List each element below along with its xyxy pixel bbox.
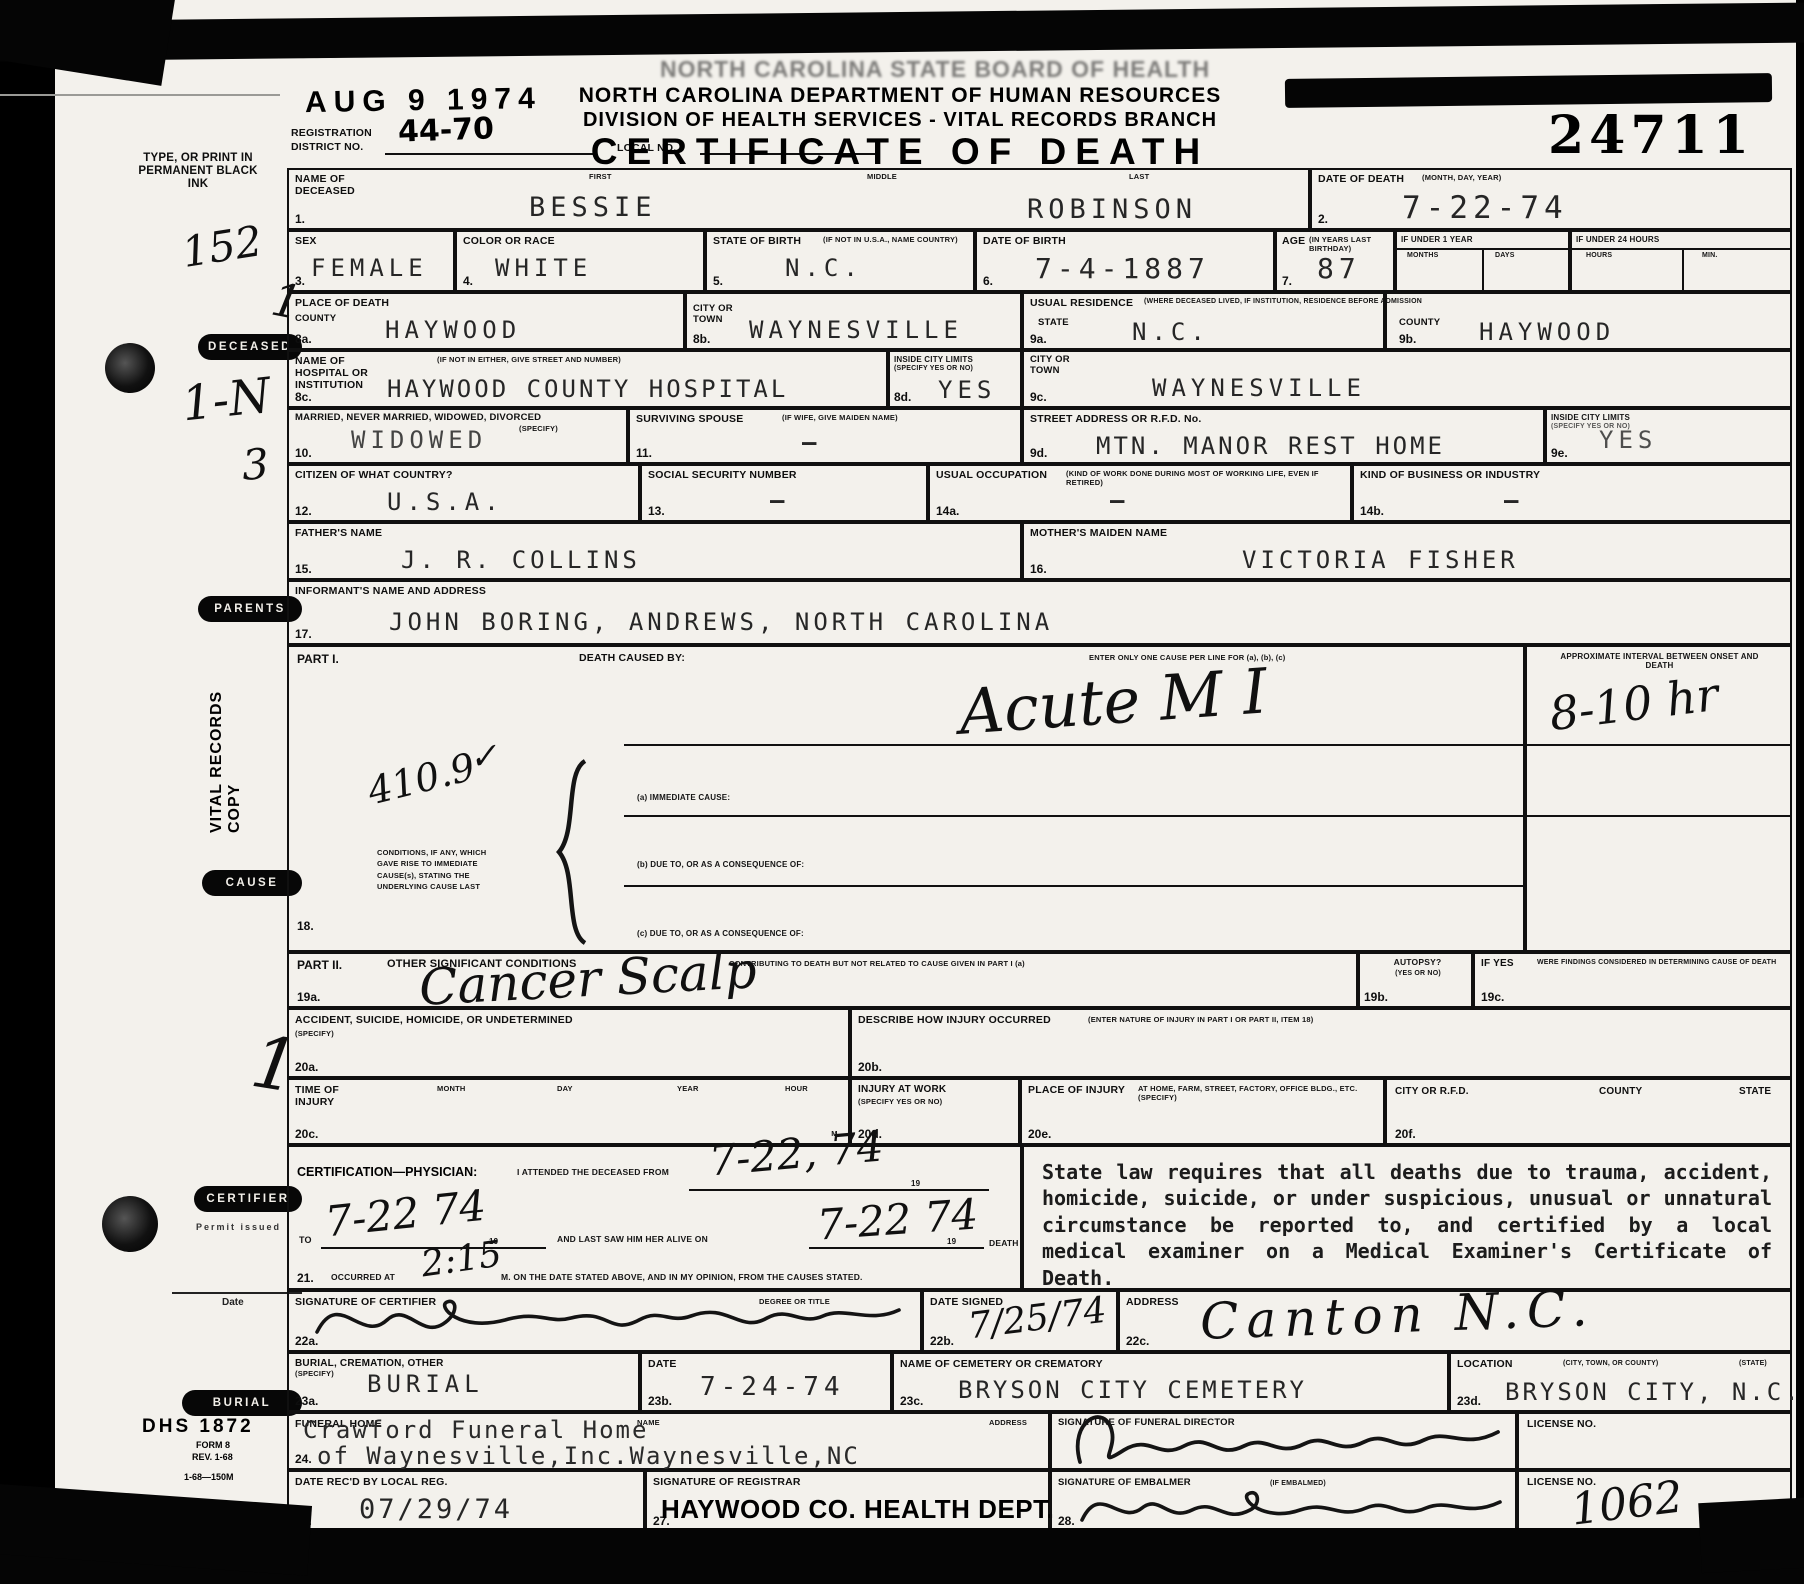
section-cause-part1: PART I. DEATH CAUSED BY: ENTER ONLY ONE … [287, 645, 1525, 952]
date-of-birth-value: 7-4-1887 [1035, 252, 1210, 285]
burial-date-value: 7-24-74 [700, 1372, 845, 1402]
father-value: J. R. COLLINS [401, 546, 641, 574]
field-street-address: STREET ADDRESS OR R.F.D. No. 9d. MTN. MA… [1022, 408, 1545, 464]
scan-crease-line [0, 94, 280, 96]
field-sublabel: AT HOME, FARM, STREET, FACTORY, OFFICE B… [1138, 1085, 1378, 1102]
conditions-note: CONDITIONS, IF ANY, WHICH GAVE RISE TO I… [377, 847, 502, 892]
field-number: 20f. [1395, 1127, 1416, 1141]
field-number: 8c. [295, 390, 312, 404]
field-number: 16. [1030, 562, 1047, 576]
field-number: 23b. [648, 1394, 672, 1408]
state-sublabel: (STATE) [1739, 1360, 1767, 1368]
divider [1682, 248, 1684, 290]
date-received-value: 07/29/74 [359, 1494, 513, 1525]
interval-value: 8-10 hr [1546, 667, 1721, 741]
embalmer-signature [1076, 1472, 1506, 1534]
part2-value: Cancer Scalp [418, 941, 758, 1017]
field-sublabel: (SPECIFY YES OR NO) [858, 1098, 942, 1107]
part2-label: PART II. [297, 958, 342, 972]
field-if-under-1-year: IF UNDER 1 YEAR MONTHS DAYS [1395, 230, 1570, 292]
attended-from-label: I ATTENDED THE DECEASED FROM [517, 1168, 669, 1178]
day-label: DAY [557, 1085, 573, 1094]
residence-city-value: WAYNESVILLE [1152, 374, 1366, 402]
interval-line [1527, 815, 1790, 817]
field-race: COLOR OR RACE 4. WHITE [455, 230, 705, 292]
field-label: MARRIED, NEVER MARRIED, WIDOWED, DIVORCE… [295, 413, 545, 424]
field-number: 22b. [930, 1334, 954, 1348]
field-number: 14b. [1360, 504, 1384, 518]
district-no-label: DISTRICT NO. [291, 141, 363, 153]
last-name-value: ROBINSON [1027, 194, 1197, 225]
funeral-director-signature [1066, 1398, 1506, 1476]
sex-value: FEMALE [311, 254, 428, 282]
field-mother-name: MOTHER'S MAIDEN NAME 16. VICTORIA FISHER [1022, 522, 1792, 580]
residence-state-value: N.C. [1132, 318, 1210, 346]
field-number: 20e. [1028, 1127, 1051, 1141]
field-number: 3. [295, 274, 305, 288]
divider [1482, 248, 1484, 290]
field-funeral-home: FUNERAL HOME NAME ADDRESS 24. Crawford F… [287, 1412, 1050, 1470]
first-label: FIRST [589, 173, 612, 182]
tab-burial: BURIAL [182, 1390, 302, 1416]
field-sublabel: (SPECIFY) [295, 1030, 334, 1039]
state-law-text: State law requires that all deaths due t… [1042, 1159, 1772, 1291]
county-label: COUNTY [295, 314, 336, 325]
field-father-name: FATHER'S NAME 15. J. R. COLLINS [287, 522, 1022, 580]
field-number: 7. [1282, 274, 1292, 288]
field-number: 20c. [295, 1127, 318, 1141]
min-label: MIN. [1702, 252, 1718, 260]
field-how-injury-occurred: DESCRIBE HOW INJURY OCCURRED (ENTER NATU… [850, 1008, 1792, 1078]
field-number: 1. [295, 212, 305, 226]
field-label: USUAL OCCUPATION [936, 469, 1047, 481]
tab-certifier: CERTIFIER [194, 1186, 302, 1212]
field-place-of-injury: PLACE OF INJURY AT HOME, FARM, STREET, F… [1020, 1078, 1385, 1145]
field-date-received: DATE REC'D BY LOCAL REG. 26. 07/29/74 [287, 1470, 645, 1532]
field-number: 22c. [1126, 1334, 1149, 1348]
field-number: 9a. [1030, 332, 1047, 346]
field-accident-type: ACCIDENT, SUICIDE, HOMICIDE, OR UNDETERM… [287, 1008, 850, 1078]
field-label: DATE OF BIRTH [983, 235, 1066, 247]
address-value: Canton N.C. [1199, 1279, 1596, 1351]
field-sublabel: (IF NOT IN U.S.A., NAME COUNTRY) [823, 236, 973, 245]
field-age: AGE (IN YEARS LAST BIRTHDAY) 7. 87 [1275, 230, 1395, 292]
field-number: 24. [295, 1452, 312, 1466]
cause-margin-check: ✓ [466, 735, 500, 779]
field-sublabel: (SPECIFY) [519, 425, 558, 434]
field-sublabel: (YES OR NO) [1378, 970, 1458, 978]
field-number: 9e. [1551, 446, 1568, 460]
behind-page-title: NORTH CAROLINA STATE BOARD OF HEALTH [660, 56, 1210, 83]
location-value: BRYSON CITY, N.C. [1505, 1378, 1802, 1406]
field-sublabel: (CITY, TOWN, OR COUNTY) [1563, 1360, 1658, 1368]
vital-records-copy-label: VITAL RECORDS COPY [208, 648, 244, 833]
field-label: LICENSE NO. [1527, 1418, 1596, 1430]
field-label: IF YES [1481, 958, 1514, 970]
field-label: CITY OR TOWN [1030, 355, 1072, 377]
informant-value: JOHN BORING, ANDREWS, NORTH CAROLINA [389, 608, 1053, 636]
scan-redaction-bar [1285, 73, 1772, 108]
field-number: 13. [648, 504, 665, 518]
scan-corner-shadow [0, 0, 176, 86]
field-label: IF UNDER 1 YEAR [1401, 235, 1473, 244]
scan-bottom-right-shadow [1698, 1497, 1804, 1573]
field-label: LOCATION [1457, 1358, 1513, 1370]
field-label: COLOR OR RACE [463, 235, 555, 247]
city-value: WAYNESVILLE [749, 316, 963, 344]
due-to-b-label: (b) DUE TO, OR AS A CONSEQUENCE OF: [637, 860, 804, 869]
city-rfd-label: CITY OR R.F.D. [1395, 1086, 1469, 1098]
field-certifier-address: ADDRESS 22c. Canton N.C. [1118, 1290, 1792, 1352]
caused-by-label: DEATH CAUSED BY: [579, 652, 685, 664]
field-marital-status: MARRIED, NEVER MARRIED, WIDOWED, DIVORCE… [287, 408, 628, 464]
field-number: 9d. [1030, 446, 1047, 460]
field-if-under-24-hours: IF UNDER 24 HOURS HOURS MIN. [1570, 230, 1792, 292]
print-instruction-note: TYPE, OR PRINT IN PERMANENT BLACK INK [128, 152, 268, 192]
spouse-value: – [802, 428, 821, 456]
attended-to-value: 7-22 74 [323, 1181, 488, 1247]
field-label: SURVIVING SPOUSE [636, 413, 743, 425]
certifier-signature [309, 1280, 909, 1350]
field-number: 12. [295, 504, 312, 518]
field-sublabel: (ENTER NATURE OF INJURY IN PART I OR PAR… [1088, 1016, 1313, 1025]
field-label: PLACE OF INJURY [1028, 1084, 1125, 1096]
field-number: 19a. [297, 990, 320, 1004]
margin-date-label: Date [222, 1297, 244, 1308]
form-number: DHS 1872 [142, 1416, 254, 1438]
field-label: IF UNDER 24 HOURS [1576, 235, 1659, 244]
registrar-stamp: HAYWOOD CO. HEALTH DEPT. [661, 1494, 1054, 1525]
inside-city-value: YES [938, 376, 996, 404]
field-label: ADDRESS [1126, 1296, 1179, 1308]
field-informant: INFORMANT'S NAME AND ADDRESS 17. JOHN BO… [287, 580, 1792, 645]
field-label: NAME OF DECEASED [295, 173, 385, 197]
state-label: STATE [1038, 318, 1069, 329]
state-of-birth-value: N.C. [785, 254, 863, 282]
due-to-c-label: (c) DUE TO, OR AS A CONSEQUENCE OF: [637, 929, 804, 938]
address-sublabel: ADDRESS [989, 1419, 1027, 1428]
field-label: FATHER'S NAME [295, 527, 382, 539]
cause-line-b [624, 885, 1524, 887]
months-label: MONTHS [1407, 252, 1439, 260]
field-occupation: USUAL OCCUPATION (KIND OF WORK DONE DURI… [928, 464, 1352, 522]
occurred-time-value: 2:15 [419, 1234, 505, 1286]
field-label: AGE [1282, 235, 1305, 247]
last-saw-line [809, 1247, 984, 1249]
field-label: KIND OF BUSINESS OR INDUSTRY [1360, 469, 1540, 481]
certification-label: CERTIFICATION—PHYSICIAN: [297, 1165, 477, 1179]
part1-label: PART I. [297, 652, 339, 666]
scanned-death-certificate: NORTH CAROLINA STATE BOARD OF HEALTH AUG… [0, 0, 1804, 1584]
field-number: 19b. [1364, 990, 1388, 1004]
registration-label: REGISTRATION [291, 127, 372, 139]
field-citizen: CITIZEN OF WHAT COUNTRY? 12. U.S.A. [287, 464, 640, 522]
hour-label: HOUR [785, 1085, 808, 1094]
county-value: HAYWOOD [385, 316, 521, 344]
field-place-of-death-county: PLACE OF DEATH COUNTY 8a. HAYWOOD [287, 292, 685, 350]
mother-value: VICTORIA FISHER [1242, 546, 1519, 574]
field-number: 17. [295, 627, 312, 641]
middle-label: MIDDLE [867, 173, 897, 182]
form-line4: 1-68—150M [184, 1472, 234, 1482]
occupation-value: – [1110, 486, 1129, 514]
date-of-death-value: 7-22-74 [1402, 190, 1568, 226]
state-law-notice: State law requires that all deaths due t… [1022, 1145, 1792, 1290]
field-label: DESCRIBE HOW INJURY OCCURRED [858, 1014, 1051, 1026]
field-label: INJURY AT WORK [858, 1084, 946, 1096]
field-label: DATE OF DEATH [1318, 173, 1404, 185]
field-burial-date: DATE 23b. 7-24-74 [640, 1352, 892, 1412]
field-date-of-birth: DATE OF BIRTH 6. 7-4-1887 [975, 230, 1275, 292]
field-sublabel: (KIND OF WORK DONE DURING MOST OF WORKIN… [1066, 470, 1336, 487]
field-label: INSIDE CITY LIMITS [894, 355, 973, 364]
year-19: 19 [947, 1237, 956, 1246]
field-number: 8d. [894, 390, 911, 404]
street-value: MTN. MANOR REST HOME [1096, 432, 1445, 460]
city-label: CITY OR TOWN [693, 304, 739, 326]
field-label: INFORMANT'S NAME AND ADDRESS [295, 585, 486, 597]
section-certification: CERTIFICATION—PHYSICIAN: I ATTENDED THE … [287, 1145, 1022, 1290]
age-value: 87 [1317, 252, 1361, 285]
field-burial-type: BURIAL, CREMATION, OTHER (SPECIFY) 23a. … [287, 1352, 640, 1412]
field-number: 23c. [900, 1394, 923, 1408]
field-number: 11. [636, 446, 652, 460]
funeral-home-line1: Crawford Funeral Home [303, 1416, 648, 1444]
field-number: 19c. [1481, 990, 1504, 1004]
field-sublabel: (IN YEARS LAST BIRTHDAY) [1309, 236, 1389, 253]
field-embalmer-signature: SIGNATURE OF EMBALMER (IF EMBALMED) 28. [1050, 1470, 1517, 1532]
field-number: 10. [295, 446, 312, 460]
cause-margin-code: 410.9 [363, 744, 479, 813]
divider [1572, 248, 1790, 250]
field-autopsy: AUTOPSY? (YES OR NO) 19b. [1358, 952, 1473, 1008]
field-director-license: LICENSE NO. [1517, 1412, 1792, 1470]
field-number: 8b. [693, 332, 710, 346]
department-line2: DIVISION OF HEALTH SERVICES - VITAL RECO… [460, 109, 1340, 132]
year-19: 19 [911, 1179, 920, 1188]
cause-line-a-top [624, 744, 1524, 746]
field-label: MOTHER'S MAIDEN NAME [1030, 527, 1167, 539]
field-sublabel: (SPECIFY YES OR NO) [894, 365, 973, 373]
margin-handwritten-3: 3 [240, 439, 270, 490]
field-sublabel: (IF NOT IN EITHER, GIVE STREET AND NUMBE… [437, 356, 621, 365]
margin-handwritten-1n: 1-N [179, 368, 273, 433]
field-name-of-deceased: NAME OF DECEASED FIRST MIDDLE LAST 1. BE… [287, 168, 1310, 230]
field-number: 2. [1318, 212, 1328, 226]
hours-label: HOURS [1586, 252, 1612, 260]
field-business: KIND OF BUSINESS OR INDUSTRY 14b. – [1352, 464, 1792, 522]
field-label: STREET ADDRESS OR R.F.D. No. [1030, 413, 1201, 425]
inside-city-value: YES [1599, 426, 1657, 454]
certificate-title: CERTIFICATE OF DEATH [460, 131, 1340, 173]
section-label: USUAL RESIDENCE [1030, 297, 1133, 309]
section-cause-part2: PART II. OTHER SIGNIFICANT CONDITIONS CO… [287, 952, 1358, 1008]
form-line2: FORM 8 [196, 1440, 230, 1450]
permit-issued-label: Permit issued [196, 1222, 281, 1232]
immediate-cause-value: Acute M I [957, 654, 1270, 748]
field-label: NAME OF HOSPITAL OR INSTITUTION [295, 355, 390, 391]
field-ssn: SOCIAL SECURITY NUMBER 13. – [640, 464, 928, 522]
field-surviving-spouse: SURVIVING SPOUSE (IF WIFE, GIVE MAIDEN N… [628, 408, 1022, 464]
field-registrar-signature: SIGNATURE OF REGISTRAR 27. HAYWOOD CO. H… [645, 1470, 1050, 1532]
hole-punch [105, 343, 155, 393]
field-label: APPROXIMATE INTERVAL BETWEEN ONSET AND D… [1547, 652, 1772, 670]
field-label: INSIDE CITY LIMITS [1551, 413, 1630, 422]
to-label: TO [299, 1235, 312, 1245]
field-state-of-birth: STATE OF BIRTH (IF NOT IN U.S.A., NAME C… [705, 230, 975, 292]
section-label: PLACE OF DEATH [295, 297, 389, 309]
field-injury-location: CITY OR R.F.D. COUNTY STATE 20f. [1385, 1078, 1792, 1145]
field-approximate-interval: APPROXIMATE INTERVAL BETWEEN ONSET AND D… [1525, 645, 1792, 952]
field-autopsy-findings: IF YES WERE FINDINGS CONSIDERED IN DETER… [1473, 952, 1792, 1008]
field-number: 15. [295, 562, 312, 576]
interval-line-top [1527, 744, 1790, 746]
form-line3: REV. 1-68 [192, 1452, 233, 1462]
hole-punch [102, 1196, 158, 1252]
field-funeral-director-signature: SIGNATURE OF FUNERAL DIRECTOR [1050, 1412, 1517, 1470]
field-label: CITIZEN OF WHAT COUNTRY? [295, 469, 453, 481]
field-label: DATE [648, 1358, 677, 1370]
field-sublabel: WERE FINDINGS CONSIDERED IN DETERMINING … [1537, 959, 1787, 967]
field-number: 14a. [936, 504, 959, 518]
field-label: ACCIDENT, SUICIDE, HOMICIDE, OR UNDETERM… [295, 1014, 573, 1026]
field-sublabel: (IF WIFE, GIVE MAIDEN NAME) [782, 414, 898, 423]
citizen-value: U.S.A. [387, 488, 504, 516]
field-number: 5. [713, 274, 723, 288]
field-number: 4. [463, 274, 473, 288]
first-name-value: BESSIE [529, 192, 657, 223]
field-date-of-death: DATE OF DEATH (MONTH, DAY, YEAR) 2. 7-22… [1310, 168, 1792, 230]
field-sublabel: (SPECIFY) [295, 1370, 334, 1379]
field-number: 6. [983, 274, 993, 288]
field-label: TIME OF INJURY [295, 1084, 355, 1108]
immediate-cause-label: (a) IMMEDIATE CAUSE: [637, 793, 730, 802]
field-residence-state: USUAL RESIDENCE (WHERE DECEASED LIVED, I… [1022, 292, 1385, 350]
field-place-of-death-city: CITY OR TOWN 8b. WAYNESVILLE [685, 292, 1022, 350]
field-label: DATE REC'D BY LOCAL REG. [295, 1476, 448, 1488]
death-word: DEATH [989, 1239, 1019, 1249]
margin-date-line [172, 1292, 302, 1294]
field-number: 18. [297, 919, 314, 933]
burial-value: BURIAL [367, 1370, 484, 1398]
field-sex: SEX 3. FEMALE [287, 230, 455, 292]
field-number: 20b. [858, 1060, 882, 1074]
field-inside-city-limits-9e: INSIDE CITY LIMITS (SPECIFY YES OR NO) 9… [1545, 408, 1792, 464]
field-label: BURIAL, CREMATION, OTHER [295, 1358, 495, 1370]
conditions-brace [551, 757, 593, 947]
business-value: – [1504, 486, 1523, 514]
field-inside-city-limits-8d: INSIDE CITY LIMITS (SPECIFY YES OR NO) 8… [888, 350, 1022, 408]
race-value: WHITE [495, 254, 592, 282]
department-line1: NORTH CAROLINA DEPARTMENT OF HUMAN RESOU… [460, 84, 1340, 108]
field-label: SOCIAL SECURITY NUMBER [648, 469, 797, 481]
ssn-value: – [770, 486, 789, 514]
year-label: YEAR [677, 1085, 699, 1094]
field-label: AUTOPSY? [1370, 958, 1465, 968]
field-number: 28. [1058, 1514, 1075, 1528]
field-number: 9b. [1399, 332, 1416, 346]
field-number: 8a. [295, 332, 312, 346]
field-label: STATE OF BIRTH [713, 235, 801, 247]
certificate-number: 24711 [1548, 105, 1754, 166]
field-number: 9c. [1030, 390, 1047, 404]
state-label: STATE [1739, 1086, 1771, 1098]
part2-sublabel: CONTRIBUTING TO DEATH BUT NOT RELATED TO… [729, 960, 1025, 969]
field-number: 23a. [295, 1394, 318, 1408]
county-label: COUNTY [1599, 1086, 1642, 1098]
funeral-home-line2: of Waynesville,Inc.Waynesville,NC [317, 1442, 860, 1470]
field-hospital: NAME OF HOSPITAL OR INSTITUTION (IF NOT … [287, 350, 888, 408]
hospital-value: HAYWOOD COUNTY HOSPITAL [387, 375, 788, 403]
field-label: SIGNATURE OF REGISTRAR [653, 1476, 801, 1488]
month-label: MONTH [437, 1085, 466, 1094]
county-label: COUNTY [1399, 318, 1440, 329]
field-number: 20a. [295, 1060, 318, 1074]
marital-value: WIDOWED [351, 426, 487, 454]
field-residence-county: COUNTY 9b. HAYWOOD [1385, 292, 1792, 350]
last-label: LAST [1129, 173, 1149, 182]
field-label: SEX [295, 235, 317, 247]
days-label: DAYS [1495, 252, 1515, 260]
field-sublabel: (MONTH, DAY, YEAR) [1422, 174, 1501, 183]
cause-line-a [624, 815, 1524, 817]
field-signature-of-certifier: SIGNATURE OF CERTIFIER DEGREE OR TITLE 2… [287, 1290, 922, 1352]
field-date-signed: DATE SIGNED 22b. 7/25/74 [922, 1290, 1118, 1352]
residence-county-value: HAYWOOD [1479, 318, 1615, 346]
field-residence-city: CITY OR TOWN 9c. WAYNESVILLE [1022, 350, 1792, 408]
field-label: NAME OF CEMETERY OR CREMATORY [900, 1358, 1103, 1370]
last-saw-label: AND LAST SAW HIM HER ALIVE ON [557, 1235, 708, 1245]
